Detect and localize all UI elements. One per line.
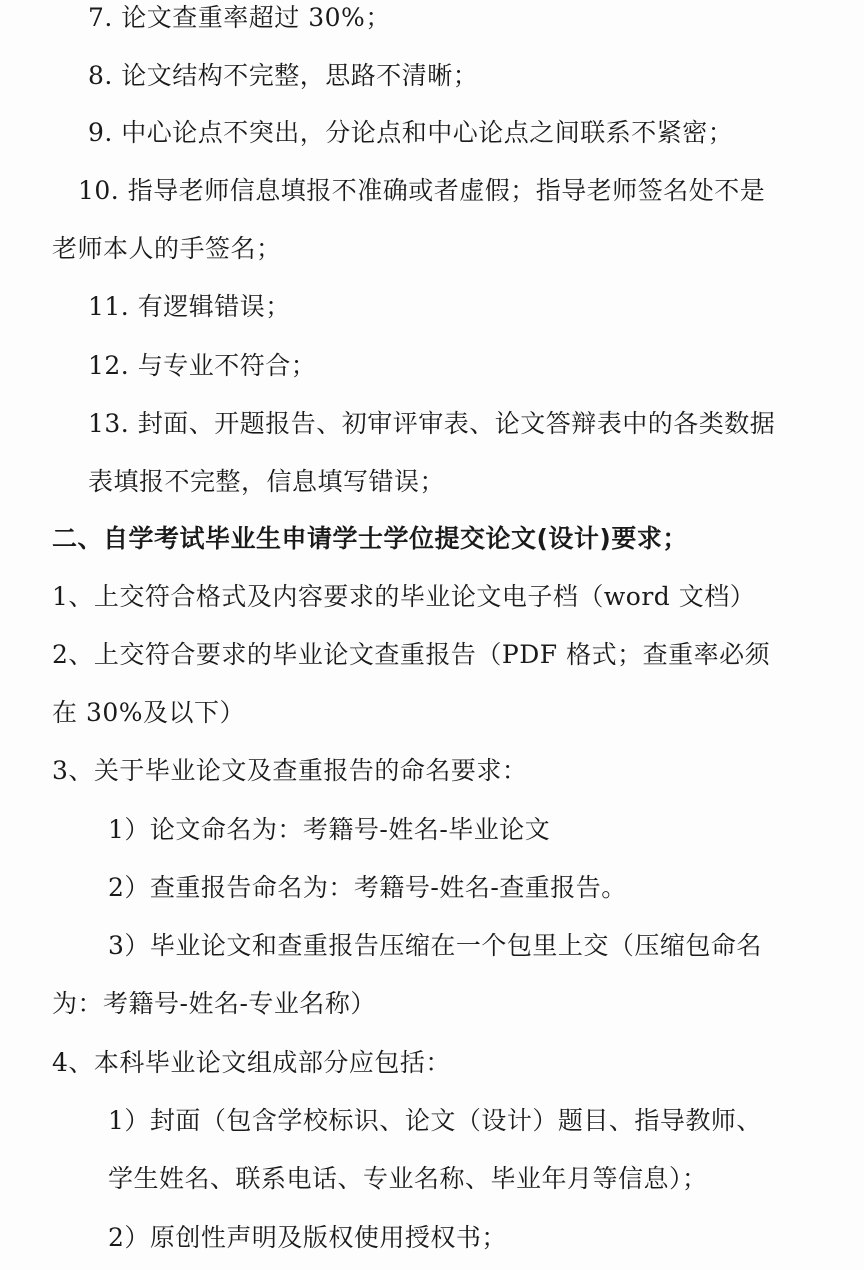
list-item: 3、关于毕业论文及查重报告的命名要求： [52,755,527,787]
list-item: 12. 与专业不符合； [88,350,316,382]
sub-list-item: 2）原创性声明及版权使用授权书； [108,1222,507,1254]
sub-list-item: 2）查重报告命名为：考籍号-姓名-查重报告。 [108,872,627,904]
list-item: 7. 论文查重率超过 30%； [88,2,391,34]
sub-list-item: 1）论文命名为：考籍号-姓名-毕业论文 [108,814,550,846]
list-item-continuation: 表填报不完整，信息填写错误； [88,466,445,498]
list-item: 8. 论文结构不完整，思路不清晰； [88,60,478,92]
list-item: 13. 封面、开题报告、初审评审表、论文答辩表中的各类数据 [88,408,775,440]
list-item: 4、本科毕业论文组成部分应包括： [52,1047,451,1079]
sub-list-item-continuation: 学生姓名、联系电话、专业名称、毕业年月等信息）； [108,1163,708,1195]
sub-list-item: 1）封面（包含学校标识、论文（设计）题目、指导教师、 [108,1105,762,1137]
list-item: 1、上交符合格式及内容要求的毕业论文电子档（word 文档） [52,581,755,613]
list-item: 9. 中心论点不突出，分论点和中心论点之间联系不紧密； [88,117,733,149]
section-heading: 二、自学考试毕业生申请学士学位提交论文(设计)要求； [52,523,688,555]
sub-list-item: 3）毕业论文和查重报告压缩在一个包里上交（压缩包命名 [108,930,762,962]
list-item: 10. 指导老师信息填报不准确或者虚假；指导老师签名处不是 [78,175,765,207]
list-item-continuation: 在 30%及以下） [52,697,245,729]
list-item-continuation: 老师本人的手签名； [52,233,282,265]
list-item: 11. 有逻辑错误； [88,291,291,323]
sub-list-item-continuation: 为：考籍号-姓名-专业名称） [52,988,376,1020]
list-item: 2、上交符合要求的毕业论文查重报告（PDF 格式；查重率必须 [52,639,770,671]
